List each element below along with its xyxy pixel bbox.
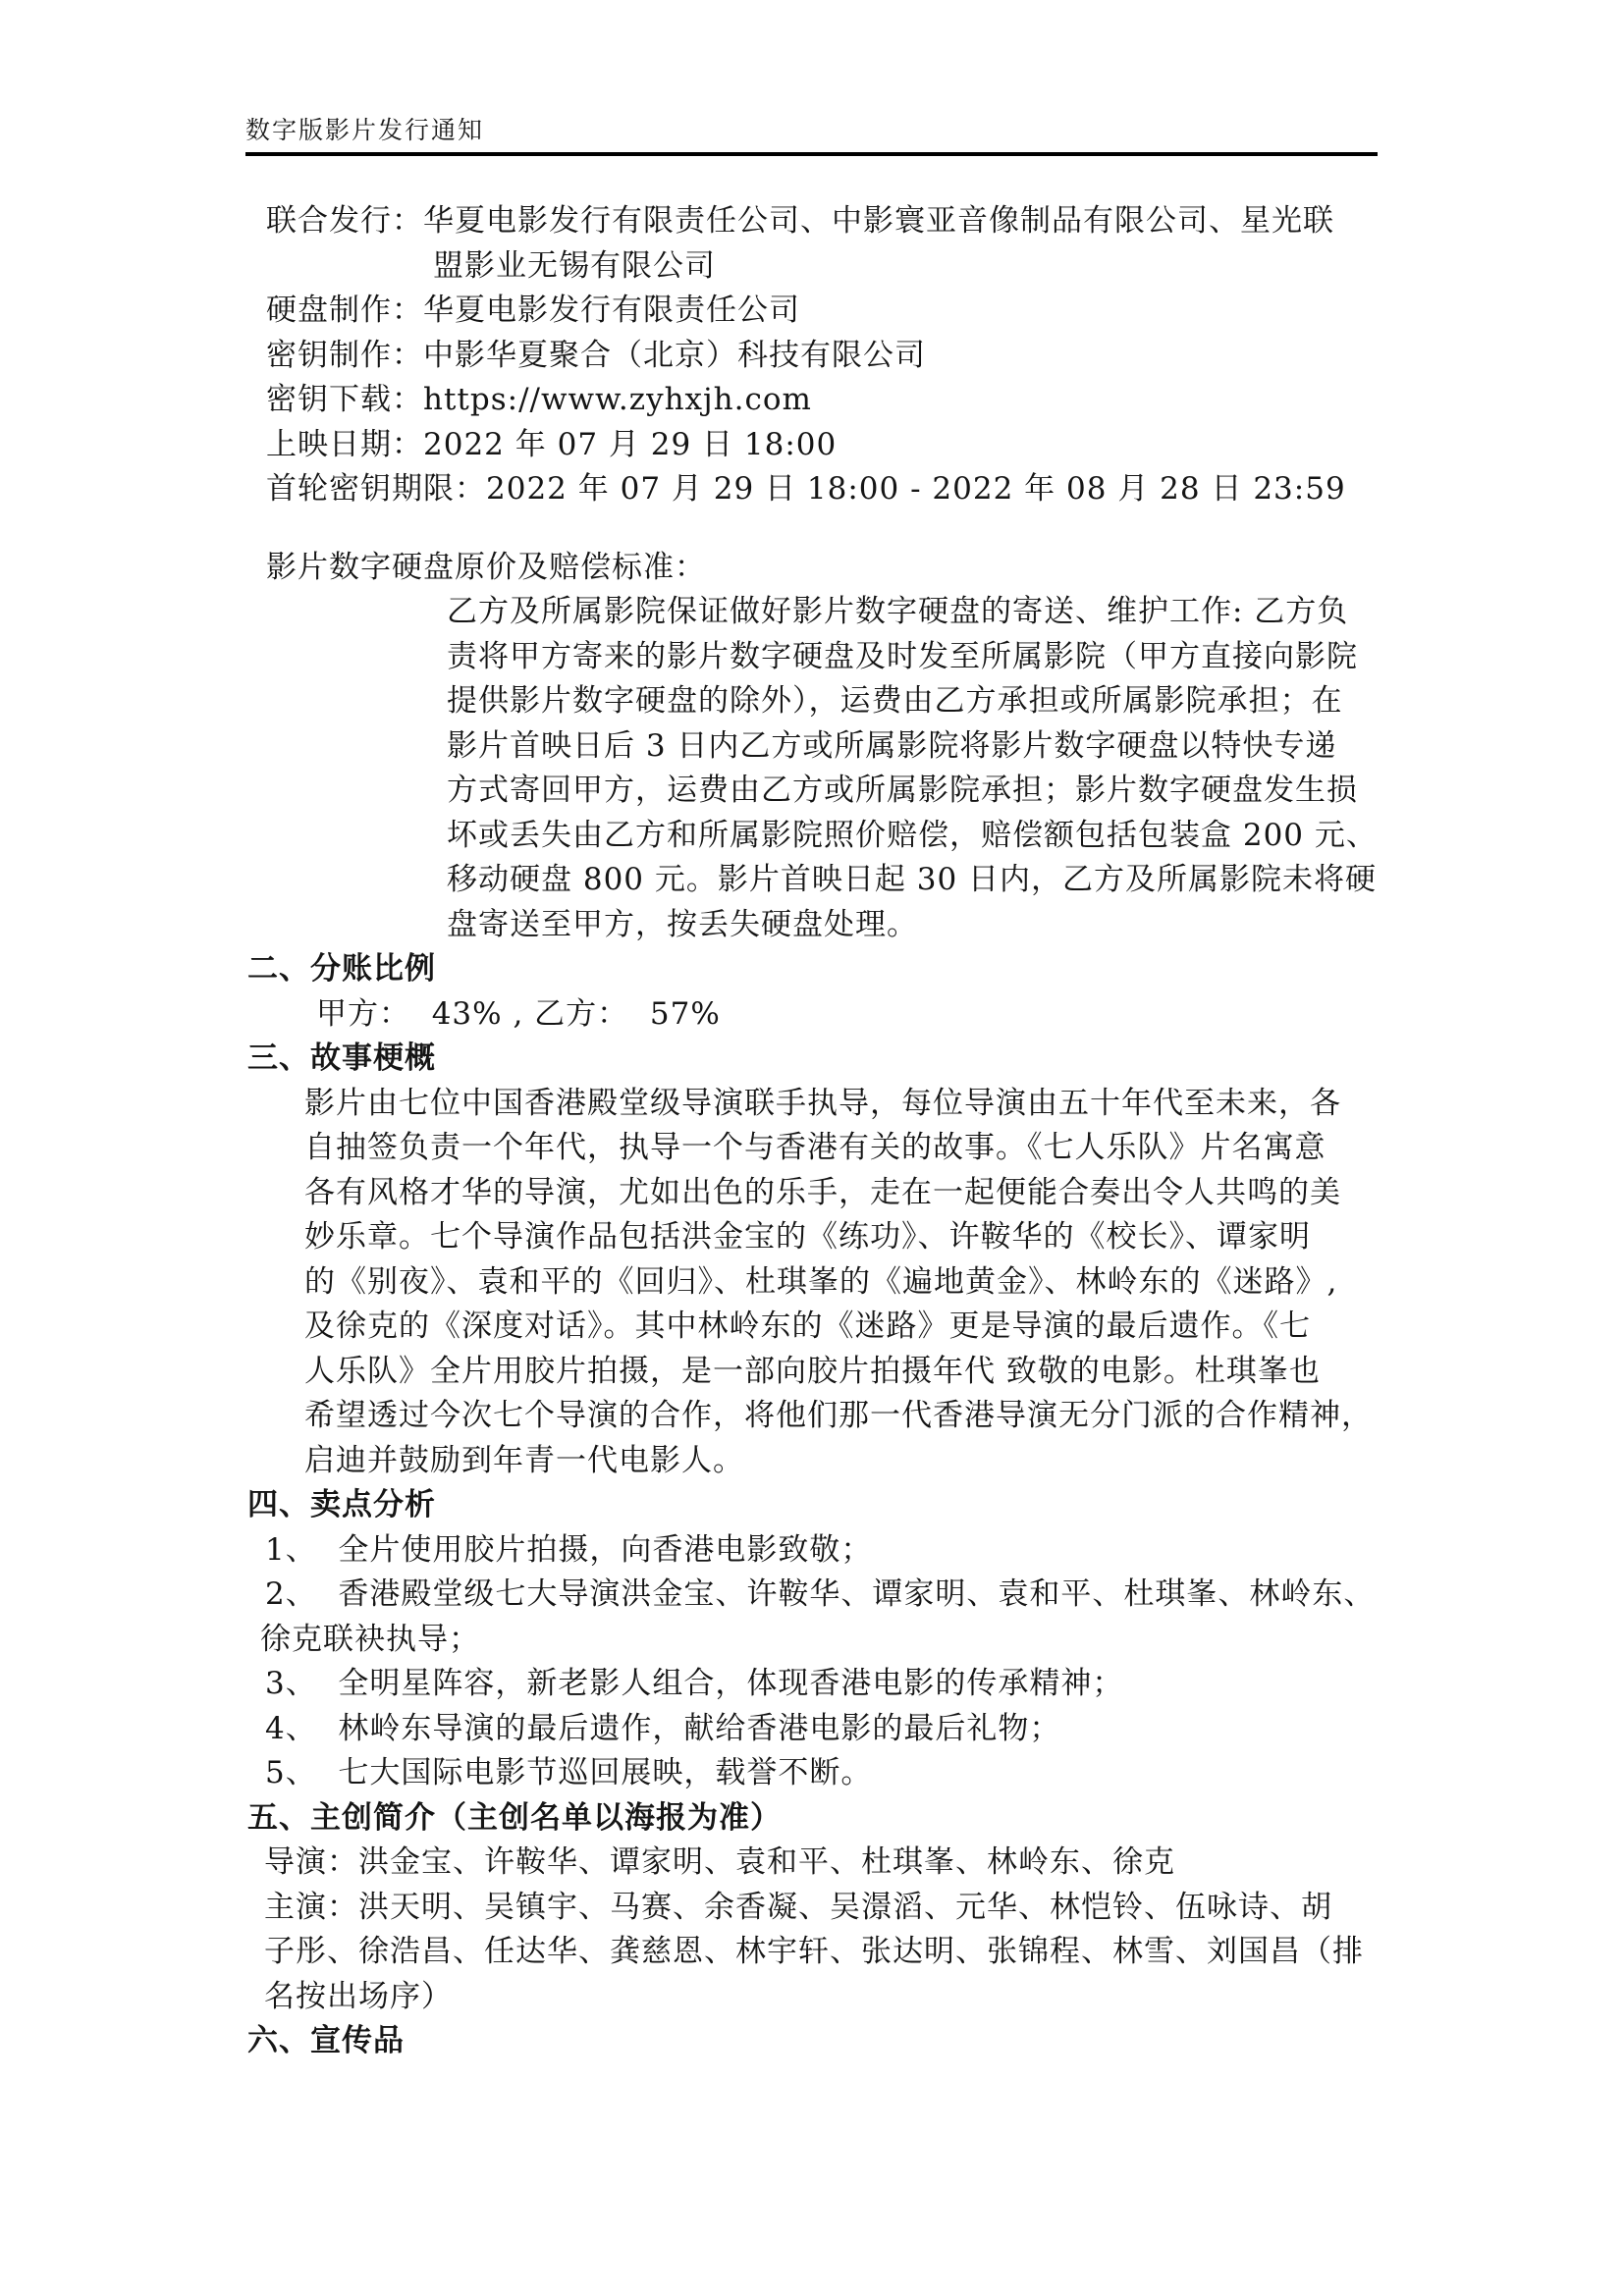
info-line-joint-distribution-wrap: 盟影业无锡有限公司 [433,244,1399,290]
compensation-line: 坏或丢失由乙方和所属影院照价赔偿，赔偿额包括包装盒 200 元、 [447,814,1399,859]
info-line-release-date: 上映日期：2022 年 07 月 29 日 18:00 [266,423,1399,468]
page-header-title: 数字版影片发行通知 [245,116,1380,145]
section-heading-selling-points: 四、卖点分析 [247,1483,1399,1528]
header-rule [245,152,1378,156]
info-line-first-key-period: 首轮密钥期限：2022 年 07 月 29 日 18:00 - 2022 年 0… [266,467,1399,512]
compensation-heading: 影片数字硬盘原价及赔偿标准： [266,546,1399,591]
synopsis-line: 及徐克的《深度对话》。其中林岭东的《迷路》更是导演的最后遗作。《七 [304,1305,1399,1350]
synopsis-line: 希望透过今次七个导演的合作，将他们那一代香港导演无分门派的合作精神， [304,1394,1399,1439]
selling-point-line: 4、 林岭东导演的最后遗作，献给香港电影的最后礼物； [265,1707,1399,1752]
info-line-key-production: 密钥制作：中影华夏聚合（北京）科技有限公司 [266,334,1399,379]
synopsis-line: 启迪并鼓励到年青一代电影人。 [304,1439,1399,1484]
synopsis-line: 人乐队》全片用胶片拍摄，是一部向胶片拍摄年代 致敬的电影。杜琪峯也 [304,1350,1399,1395]
synopsis-line: 各有风格才华的导演，尤如出色的乐手，走在一起便能合奏出令人共鸣的美 [304,1171,1399,1216]
cast-line: 主演：洪天明、吴镇宇、马赛、余香凝、吴澋滔、元华、林恺铃、伍咏诗、胡 [264,1886,1399,1931]
compensation-line: 移动硬盘 800 元。影片首映日起 30 日内，乙方及所属影院未将硬 [447,858,1399,903]
selling-point-line: 5、 七大国际电影节巡回展映，载誉不断。 [265,1751,1399,1796]
synopsis-line: 影片由七位中国香港殿堂级导演联手执导，每位导演由五十年代至未来，各 [304,1082,1399,1127]
section-heading-revenue-split: 二、分账比例 [247,947,1399,992]
cast-line: 子彤、徐浩昌、任达华、龚慈恩、林宇轩、张达明、张锦程、林雪、刘国昌（排 [264,1930,1399,1975]
revenue-split-line: 甲方： 43% , 乙方： 57% [316,992,1399,1038]
compensation-line: 提供影片数字硬盘的除外），运费由乙方承担或所属影院承担；在 [447,679,1399,724]
compensation-line: 责将甲方寄来的影片数字硬盘及时发至所属影院（甲方直接向影院 [447,635,1399,680]
compensation-line: 影片首映日后 3 日内乙方或所属影院将影片数字硬盘以特快专递 [447,724,1399,770]
document-body: 联合发行：华夏电影发行有限责任公司、中影寰亚音像制品有限公司、星光联盟影业无锡有… [245,199,1399,2064]
selling-point-line-wrap: 徐克联袂执导； [260,1618,1399,1663]
synopsis-line: 妙乐章。七个导演作品包括洪金宝的《练功》、许鞍华的《校长》、谭家明 [304,1215,1399,1260]
synopsis-line: 的《别夜》、袁和平的《回归》、杜琪峯的《遍地黄金》、林岭东的《迷路》, [304,1260,1399,1306]
info-line-key-download: 密钥下载：https://www.zyhxjh.com [266,378,1399,423]
info-line-joint-distribution: 联合发行：华夏电影发行有限责任公司、中影寰亚音像制品有限公司、星光联 [266,199,1399,244]
section-heading-main-creators: 五、主创简介（主创名单以海报为准） [247,1796,1399,1842]
synopsis-line: 自抽签负责一个年代，执导一个与香港有关的故事。《七人乐队》片名寓意 [304,1126,1399,1171]
selling-point-line: 2、 香港殿堂级七大导演洪金宝、许鞍华、谭家明、袁和平、杜琪峯、林岭东、 [265,1573,1399,1618]
section-heading-synopsis: 三、故事梗概 [247,1037,1399,1082]
document-page: 数字版影片发行通知 联合发行：华夏电影发行有限责任公司、中影寰亚音像制品有限公司… [0,0,1624,2296]
document-header: 数字版影片发行通知 [245,0,1380,156]
compensation-line: 盘寄送至甲方，按丢失硬盘处理。 [447,903,1399,948]
directors-line: 导演：洪金宝、许鞍华、谭家明、袁和平、杜琪峯、林岭东、徐克 [264,1841,1399,1886]
selling-point-line: 1、 全片使用胶片拍摄，向香港电影致敬； [265,1528,1399,1574]
cast-line: 名按出场序） [264,1975,1399,2020]
info-line-disk-production: 硬盘制作：华夏电影发行有限责任公司 [266,289,1399,334]
compensation-line: 方式寄回甲方，运费由乙方或所属影院承担；影片数字硬盘发生损 [447,769,1399,814]
selling-point-line: 3、 全明星阵容，新老影人组合，体现香港电影的传承精神； [265,1662,1399,1707]
section-heading-promo-materials: 六、宣传品 [247,2019,1399,2064]
compensation-line: 乙方及所属影院保证做好影片数字硬盘的寄送、维护工作: 乙方负 [447,590,1399,635]
